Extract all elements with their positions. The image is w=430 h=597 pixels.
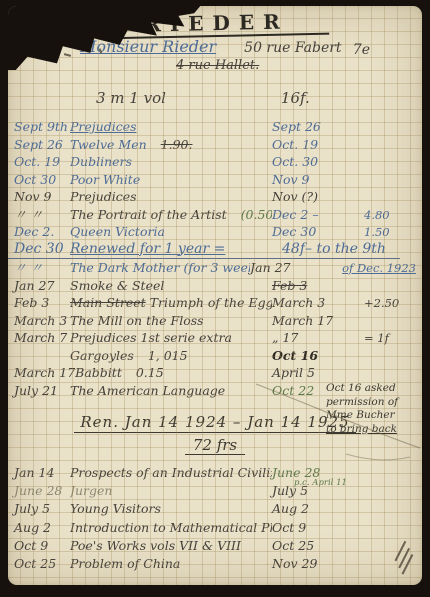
ledger-row: 〃 〃 The Dark Mother (for 3 weeks) Jan 27…	[8, 259, 422, 277]
fee-note: 4.80	[364, 207, 416, 224]
margin-note-line: Mme Bucher	[326, 409, 395, 421]
fee-note: +2.50	[364, 295, 416, 312]
subscription-row: 3 m 1 vol 16f.	[8, 89, 422, 107]
deposit-price: 1, 015	[148, 348, 188, 363]
book-title: Prejudices 1st serie extra	[70, 329, 272, 346]
struck-title: Main Street	[70, 295, 146, 310]
deposit-price: 0.15	[136, 365, 164, 380]
date-returned: March 17	[272, 312, 364, 329]
date-returned: Nov 9	[272, 171, 364, 188]
ledger-row: Nov 9 Prejudices Nov (?)	[8, 188, 422, 206]
date-returned: Nov (?)	[272, 188, 364, 205]
ledger-row: Oct 25 Problem of China Nov 29	[8, 555, 422, 573]
member-arrondissement: 7e	[353, 42, 370, 58]
date-borrowed: July 21	[14, 382, 70, 399]
ledger-row: March 17 Babbitt0.15 April 5	[8, 364, 422, 382]
book-title: The Mill on the Floss	[70, 312, 272, 329]
date-returned: Oct. 19	[272, 136, 364, 153]
date-returned: Oct 25	[272, 537, 364, 554]
renewal-fee: 48f– to the 9th	[282, 241, 394, 258]
book-title: Young Visitors	[70, 500, 272, 517]
ledger-row: Sept 26 Twelve Men1.90. Oct. 19	[8, 136, 422, 154]
book-title: Main Street Triumph of the Egg	[70, 294, 272, 311]
date-returned: Feb 3	[272, 277, 364, 294]
fee-note: = 1f	[364, 330, 416, 347]
date-returned: Dec 30	[272, 223, 364, 240]
ledger-row: Feb 3 Main Street Triumph of the Egg Mar…	[8, 294, 422, 312]
date-returned: Aug 2	[272, 500, 364, 517]
margin-note-line: to bring back	[326, 423, 397, 435]
book-title: The Dark Mother (for 3 weeks)	[70, 259, 250, 276]
struck-price: 1.90.	[161, 137, 193, 152]
date-returned: Oct 9	[272, 519, 364, 536]
loan-ledger-1924: Jan 14 Prospects of an Industrial Civili…	[8, 464, 422, 573]
ledger-row: Jan 27 Smoke & Steel Feb 3	[8, 277, 422, 295]
member-address: 50 rue Fabert	[244, 40, 341, 56]
photo-background: { "card": { "surname": "RIEDER", "holder…	[0, 0, 430, 597]
date-borrowed: July 5	[14, 500, 70, 517]
subscription-fee: 16f.	[281, 89, 310, 107]
library-lending-card: RIEDER Monsieur Rieder 50 rue Fabert 7e …	[8, 6, 422, 585]
ledger-row: Oct. 19 Dubliners Oct. 30	[8, 153, 422, 171]
date-returned: „ 17	[272, 329, 364, 346]
date-borrowed: Sept 26	[14, 136, 70, 153]
margin-note-line: permission of	[326, 396, 398, 408]
date-borrowed: Nov 9	[14, 188, 70, 205]
date-borrowed: Dec 2.	[14, 223, 70, 240]
date-returned: Oct 16	[272, 347, 364, 364]
book-title: Problem of China	[70, 555, 272, 572]
ledger-row: Sept 9th Prejudices Sept 26	[8, 118, 422, 136]
old-address-struck: 4 rue Hallet.	[176, 58, 422, 73]
renewal-expiry-note: of Dec. 1923	[342, 260, 416, 277]
ledger-row: Dec 2. Queen Victoria Dec 30 1.50	[8, 223, 422, 241]
ledger-row: July 5 Young Visitors Aug 2	[8, 500, 422, 518]
date-returned: April 5	[272, 364, 364, 381]
margin-note-mme-bucher: Oct 16 asked permission of Mme Bucher to…	[326, 382, 414, 436]
date-returned: July 5	[272, 482, 364, 499]
date-returned: Sept 26	[272, 118, 364, 135]
date-borrowed: Aug 2	[14, 519, 70, 536]
date-borrowed: Oct 25	[14, 555, 70, 572]
book-title: Twelve Men1.90.	[70, 136, 272, 153]
book-title: Introduction to Mathematical Philosophy	[70, 519, 272, 536]
date-returned: March 3	[272, 294, 364, 311]
ledger-row: Oct 9 Poe's Works vols VII & VIII Oct 25	[8, 537, 422, 555]
date-borrowed: Sept 9th	[14, 118, 70, 135]
fee-note: 1.50	[364, 224, 416, 241]
book-title: Poe's Works vols VII & VIII	[70, 537, 272, 554]
book-title: Babbitt0.15	[75, 364, 272, 381]
date-returned: Nov 29	[272, 555, 364, 572]
date-borrowed: Feb 3	[14, 294, 70, 311]
date-borrowed: Jan 14	[14, 464, 70, 481]
date-borrowed: 〃 〃	[14, 206, 70, 223]
ledger-row: March 7 Prejudices 1st serie extra „ 17 …	[8, 329, 422, 347]
date-returned: Jan 27	[250, 259, 342, 276]
date-borrowed: March 3	[14, 312, 70, 329]
renewal-row-1923: Dec 30 Renewed for 1 year = 48f– to the …	[8, 241, 400, 260]
book-title: Queen Victoria	[70, 223, 272, 240]
date-borrowed: March 7	[14, 329, 70, 346]
ledger-row: 〃 〃 The Portrait of the Artist(0.50) Dec…	[8, 206, 422, 224]
book-title: Poor White	[70, 171, 272, 188]
ledger-row: Gargoyles1, 015 Oct 16	[8, 347, 422, 365]
margin-note-line: Oct 16 asked	[326, 382, 396, 394]
date-returned: Dec 2 –	[272, 206, 364, 223]
date-borrowed: Oct. 19	[14, 153, 70, 170]
book-title: Gargoyles1, 015	[70, 347, 272, 364]
book-title: Prejudices	[70, 118, 272, 135]
book-title: Jurgen	[70, 482, 272, 499]
renewal-text: Renewed for 1 year =	[70, 241, 282, 258]
date-returned: Oct. 30	[272, 153, 364, 170]
deposit-price: (0.50)	[241, 207, 272, 222]
date-borrowed: June 28	[14, 482, 70, 499]
ledger-row: Jan 14 Prospects of an Industrial Civili…	[8, 464, 422, 482]
renewal-fee: 72 frs	[8, 436, 422, 454]
book-title: The American Language	[70, 382, 272, 399]
date-borrowed: Oct 9	[14, 537, 70, 554]
ledger-row: Oct 30 Poor White Nov 9	[8, 171, 422, 189]
date-borrowed: Oct 30	[14, 171, 70, 188]
date-borrowed: 〃 〃	[14, 259, 70, 276]
ledger-row: Aug 2 Introduction to Mathematical Philo…	[8, 519, 422, 537]
book-title: Prospects of an Industrial Civilization	[70, 464, 272, 481]
ledger-row: March 3 The Mill on the Floss March 17	[8, 312, 422, 330]
date-borrowed: Dec 30	[14, 241, 70, 258]
ledger-row: June 28 Jurgen July 5	[8, 482, 422, 500]
loan-ledger: Sept 9th Prejudices Sept 26 Sept 26 Twel…	[8, 118, 422, 399]
book-title: Dubliners	[70, 153, 272, 170]
renewal-period: Ren. Jan 14 1924 – Jan 14 1925	[74, 413, 355, 433]
subscription-term: 3 m 1 vol	[96, 89, 166, 107]
date-borrowed: March 17	[14, 364, 75, 381]
book-title: Smoke & Steel	[70, 277, 272, 294]
book-title: Prejudices	[70, 188, 272, 205]
book-title: The Portrait of the Artist(0.50)	[70, 206, 272, 223]
date-borrowed: Jan 27	[14, 277, 70, 294]
